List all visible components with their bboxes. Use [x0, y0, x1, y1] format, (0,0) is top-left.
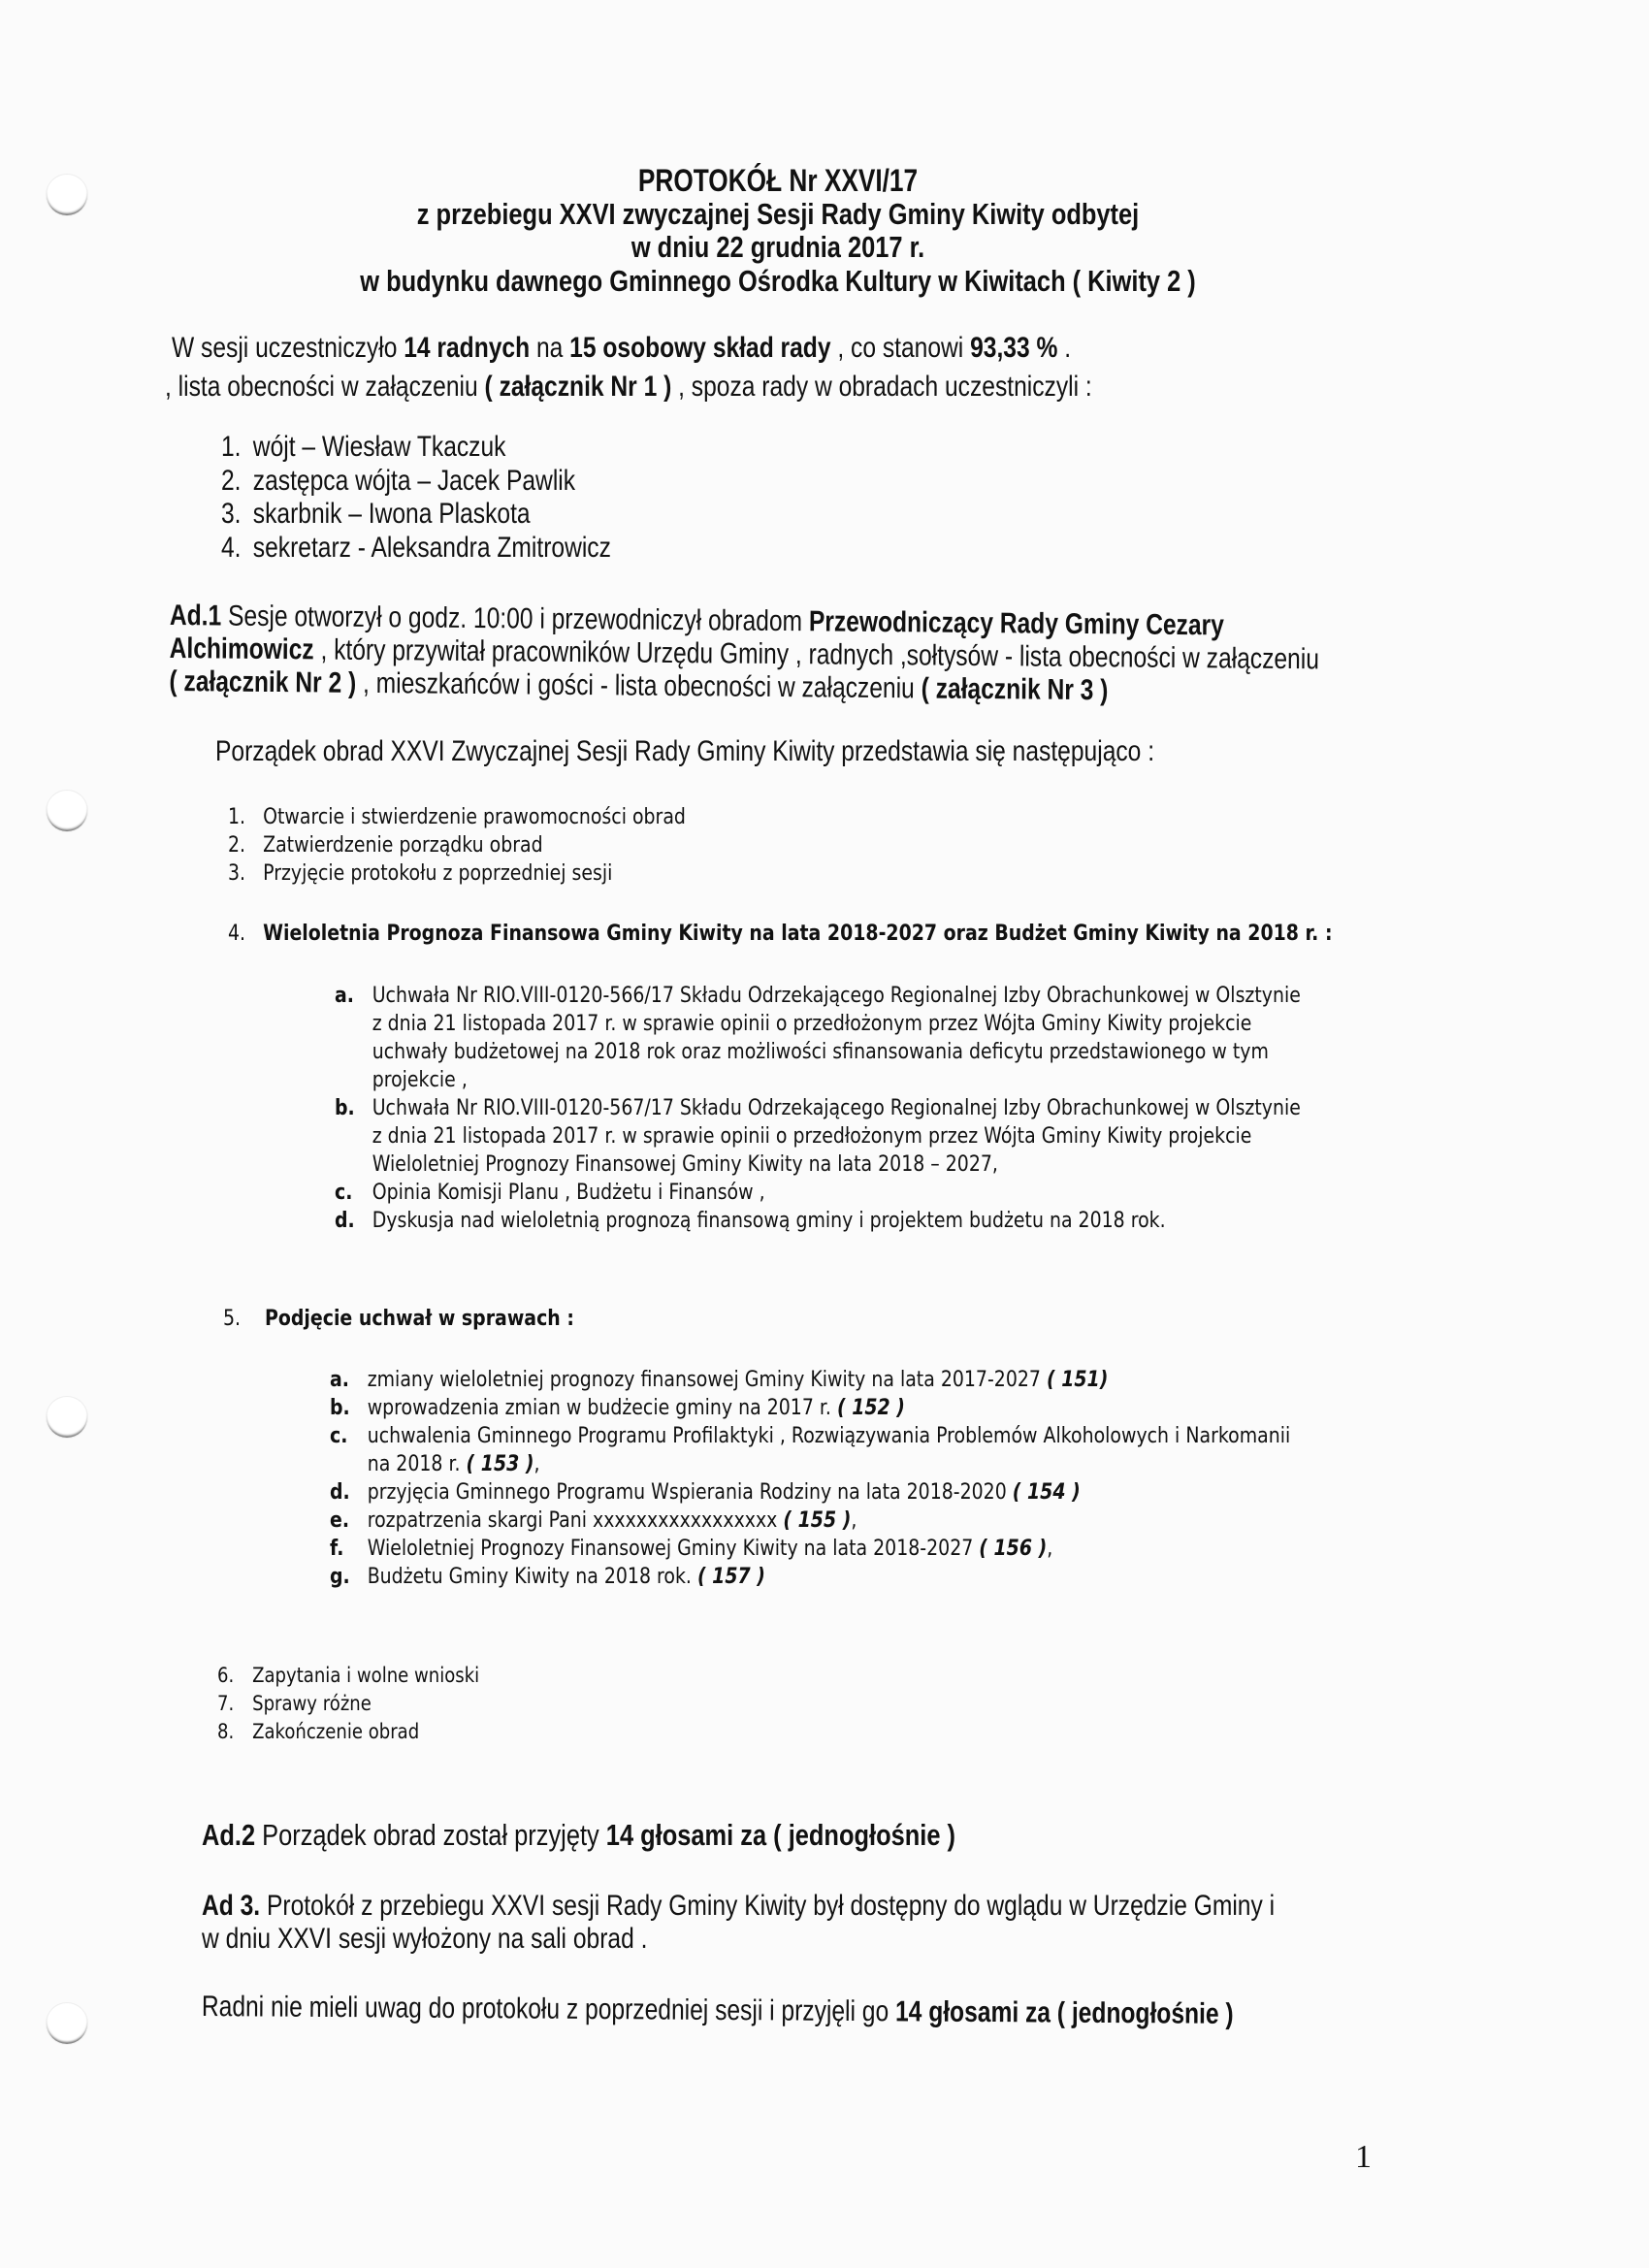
- document-title: PROTOKÓŁ Nr XXVI/17: [102, 163, 1454, 198]
- guest-item: 1.wójt – Wiesław Tkaczuk: [221, 431, 611, 465]
- text: Sesje otworzył o godz. 10:00 i przewodni…: [221, 600, 809, 638]
- agenda-item: 2.Zatwierdzenie porządku obrad: [228, 831, 686, 859]
- section-label: Ad 3.: [202, 1890, 260, 1922]
- resolution-item: b.wprowadzenia zmian w budżecie gminy na…: [330, 1394, 1290, 1422]
- guest-item: 4.sekretarz - Aleksandra Zmitrowicz: [221, 532, 611, 566]
- resolution-item: f.Wieloletniej Prognozy Finansowej Gminy…: [330, 1535, 1290, 1563]
- resolution-item: d.przyjęcia Gminnego Programu Wspierania…: [330, 1478, 1290, 1507]
- ad1-paragraph: Ad.1 Sesje otworzył o godz. 10:00 i prze…: [169, 599, 1319, 709]
- list-number: 7.: [217, 1690, 252, 1718]
- list-number: 3.: [228, 859, 263, 888]
- list-number: 8.: [217, 1718, 252, 1746]
- attachment-ref-1: ( załącznik Nr 1 ): [485, 371, 672, 403]
- subitem-text: Dyskusja nad wieloletnią prognozą finans…: [372, 1209, 1166, 1233]
- agenda-item-text: Otwarcie i stwierdzenie prawomocności ob…: [263, 805, 686, 829]
- attachment-ref-3: ( załącznik Nr 3 ): [921, 672, 1109, 706]
- text: ,: [851, 1508, 857, 1533]
- attendance-percent: 93,33 %: [970, 332, 1057, 364]
- agenda-item-text: Zapytania i wolne wnioski: [252, 1664, 479, 1687]
- council-size: 15 osobowy skład rady: [569, 332, 830, 364]
- resolution-number: ( 152 ): [837, 1396, 905, 1420]
- resolution-text: wprowadzenia zmian w budżecie gminy na 2…: [368, 1396, 837, 1420]
- list-number: 2.: [221, 465, 253, 499]
- list-letter: d.: [335, 1207, 372, 1235]
- resolution-number: ( 153 ): [467, 1452, 534, 1476]
- attendance-list-note: , lista obecności w załączeniu ( załączn…: [165, 371, 1092, 404]
- guest-name: skarbnik – Iwona Plaskota: [253, 498, 531, 530]
- agenda-intro: Porządek obrad XXVI Zwyczajnej Sesji Rad…: [215, 735, 1154, 768]
- agenda-item-4-subitems: a.Uchwała Nr RIO.VIII-0120-566/17 Składu…: [335, 982, 1301, 1235]
- list-number: 5.: [223, 1307, 265, 1331]
- title-line-date: w dniu 22 grudnia 2017 r.: [102, 231, 1454, 264]
- agenda-item: 7.Sprawy różne: [217, 1690, 479, 1718]
- subitem-text: Uchwała Nr RIO.VIII-0120-567/17 Składu O…: [372, 1096, 1301, 1120]
- chairman-surname: Alchimowicz: [170, 632, 314, 665]
- agenda-list-6-8: 6.Zapytania i wolne wnioski 7.Sprawy róż…: [217, 1662, 479, 1746]
- section-label: Ad.2: [202, 1818, 255, 1852]
- attachment-ref-2: ( załącznik Nr 2 ): [169, 665, 356, 699]
- agenda-item: 3.Przyjęcie protokołu z poprzedniej sesj…: [228, 859, 686, 888]
- subitem: b.Uchwała Nr RIO.VIII-0120-567/17 Składu…: [335, 1094, 1301, 1122]
- text: , spoza rady w obradach uczestniczyli :: [671, 371, 1091, 403]
- subitem-text: z dnia 21 listopada 2017 r. w sprawie op…: [335, 1122, 1301, 1150]
- subitem: c.Opinia Komisji Planu , Budżetu i Finan…: [335, 1179, 1301, 1207]
- agenda-item-4: 4.Wieloletnia Prognoza Finansowa Gminy K…: [228, 922, 1333, 946]
- subitem: d.Dyskusja nad wieloletnią prognozą fina…: [335, 1207, 1301, 1235]
- punch-hole-icon: [47, 791, 87, 831]
- list-letter: e.: [330, 1507, 368, 1535]
- list-number: 3.: [221, 498, 253, 532]
- subitem: a.Uchwała Nr RIO.VIII-0120-566/17 Składu…: [335, 982, 1301, 1010]
- vote-count: 14 głosami za: [606, 1818, 766, 1852]
- agenda-item-text: Zakończenie obrad: [252, 1720, 419, 1743]
- list-letter: c.: [335, 1179, 372, 1207]
- punch-hole-icon: [47, 2003, 87, 2044]
- text: , mieszkańców i gości - lista obecności …: [356, 667, 921, 705]
- subitem-text: Wieloletniej Prognozy Finansowej Gminy K…: [335, 1150, 1301, 1179]
- agenda-item: 8.Zakończenie obrad: [217, 1718, 479, 1746]
- resolution-number: ( 151): [1047, 1368, 1108, 1392]
- resolution-text: na 2018 r.: [368, 1452, 467, 1476]
- vote-result: ( jednogłośnie ): [766, 1818, 955, 1852]
- text: .: [1057, 332, 1071, 364]
- agenda-item-5-subitems: a.zmiany wieloletniej prognozy finansowe…: [330, 1366, 1290, 1591]
- list-letter: f.: [330, 1535, 368, 1563]
- chairman-name: Przewodniczący Rady Gminy Cezary: [809, 605, 1224, 641]
- subitem-text: uchwały budżetowej na 2018 rok oraz możl…: [335, 1038, 1301, 1066]
- agenda-item: 6.Zapytania i wolne wnioski: [217, 1662, 479, 1690]
- list-number: 4.: [221, 532, 253, 566]
- ad3-paragraph: Ad 3. Protokół z przebiegu XXVI sesji Ra…: [202, 1890, 1275, 1956]
- resolution-item: g.Budżetu Gminy Kiwity na 2018 rok. ( 15…: [330, 1563, 1290, 1591]
- agenda-item-text: Zatwierdzenie porządku obrad: [263, 833, 543, 858]
- resolution-text: przyjęcia Gminnego Programu Wspierania R…: [368, 1480, 1013, 1505]
- resolution-number: ( 155 ): [783, 1508, 851, 1533]
- ad2-paragraph: Ad.2 Porządek obrad został przyjęty 14 g…: [202, 1818, 955, 1853]
- list-letter: g.: [330, 1563, 368, 1591]
- page-number: 1: [1355, 2139, 1372, 2176]
- text: ,: [1047, 1537, 1052, 1561]
- subitem-text: projekcie ,: [335, 1066, 1301, 1094]
- guest-list: 1.wójt – Wiesław Tkaczuk 2.zastępca wójt…: [221, 431, 611, 565]
- resolution-text: Budżetu Gminy Kiwity na 2018 rok.: [368, 1565, 697, 1589]
- title-line-place: w budynku dawnego Gminnego Ośrodka Kultu…: [102, 264, 1454, 299]
- list-letter: b.: [335, 1094, 372, 1122]
- list-number: 2.: [228, 831, 263, 859]
- list-letter: b.: [330, 1394, 368, 1422]
- councillors-present: 14 radnych: [404, 332, 530, 364]
- ad3-approval: Radni nie mieli uwag do protokołu z popr…: [202, 1991, 1234, 2031]
- agenda-item-text: Wieloletnia Prognoza Finansowa Gminy Kiw…: [263, 922, 1332, 946]
- guest-name: wójt – Wiesław Tkaczuk: [253, 431, 506, 463]
- agenda-item-text: Podjęcie uchwał w sprawach :: [265, 1307, 574, 1331]
- resolution-number: ( 156 ): [979, 1537, 1047, 1561]
- list-letter: d.: [330, 1478, 368, 1507]
- list-letter: c.: [330, 1422, 368, 1450]
- guest-item: 3.skarbnik – Iwona Plaskota: [221, 498, 611, 532]
- resolution-item: c.uchwalenia Gminnego Programu Profilakt…: [330, 1422, 1290, 1450]
- resolution-text: Wieloletniej Prognozy Finansowej Gminy K…: [368, 1537, 980, 1561]
- text: ,: [534, 1452, 540, 1476]
- resolution-item: a.zmiany wieloletniej prognozy finansowe…: [330, 1366, 1290, 1394]
- resolution-text: zmiany wieloletniej prognozy finansowej …: [368, 1368, 1047, 1392]
- text: Protokół z przebiegu XXVI sesji Rady Gmi…: [260, 1890, 1275, 1922]
- list-number: 6.: [217, 1662, 252, 1690]
- guest-name: sekretarz - Aleksandra Zmitrowicz: [253, 532, 611, 564]
- agenda-item-text: Przyjęcie protokołu z poprzedniej sesji: [263, 861, 612, 886]
- resolution-text: uchwalenia Gminnego Programu Profilaktyk…: [368, 1424, 1291, 1448]
- list-number: 4.: [228, 922, 263, 946]
- list-letter: a.: [335, 982, 372, 1010]
- document-title-block: PROTOKÓŁ Nr XXVI/17 z przebiegu XXVI zwy…: [0, 163, 1602, 299]
- resolution-number: ( 154 ): [1013, 1480, 1081, 1505]
- text: na: [530, 332, 569, 364]
- vote-count: 14 głosami za: [895, 1995, 1051, 2028]
- text: W sesji uczestniczyło: [172, 332, 404, 364]
- section-label: Ad.1: [170, 599, 222, 632]
- subitem-text: z dnia 21 listopada 2017 r. w sprawie op…: [335, 1010, 1301, 1038]
- resolution-number: ( 157 ): [697, 1565, 765, 1589]
- agenda-item-5: 5.Podjęcie uchwał w sprawach :: [223, 1307, 574, 1331]
- punch-hole-icon: [47, 1397, 87, 1438]
- text: , lista obecności w załączeniu: [165, 371, 485, 403]
- agenda-item: 1.Otwarcie i stwierdzenie prawomocności …: [228, 803, 686, 831]
- vote-result: ( jednogłośnie ): [1051, 1997, 1234, 2030]
- text: , co stanowi: [831, 332, 971, 364]
- agenda-item-text: Sprawy różne: [252, 1692, 372, 1715]
- resolution-item: e.rozpatrzenia skargi Pani xxxxxxxxxxxxx…: [330, 1507, 1290, 1535]
- title-line-session: z przebiegu XXVI zwyczajnej Sesji Rady G…: [102, 198, 1454, 231]
- scanned-page: PROTOKÓŁ Nr XXVI/17 z przebiegu XXVI zwy…: [0, 0, 1649, 2268]
- list-letter: a.: [330, 1366, 368, 1394]
- guest-item: 2.zastępca wójta – Jacek Pawlik: [221, 465, 611, 499]
- guest-name: zastępca wójta – Jacek Pawlik: [253, 465, 575, 497]
- subitem-text: Uchwała Nr RIO.VIII-0120-566/17 Składu O…: [372, 984, 1301, 1008]
- attendance-paragraph: W sesji uczestniczyło 14 radnych na 15 o…: [172, 332, 1071, 365]
- subitem-text: Opinia Komisji Planu , Budżetu i Finansó…: [372, 1181, 765, 1205]
- agenda-list-1-3: 1.Otwarcie i stwierdzenie prawomocności …: [228, 803, 686, 888]
- text: w dniu XXVI sesji wyłożony na sali obrad…: [202, 1923, 1275, 1956]
- text: Radni nie mieli uwag do protokołu z popr…: [202, 1991, 895, 2027]
- list-number: 1.: [228, 803, 263, 831]
- resolution-text: rozpatrzenia skargi Pani xxxxxxxxxxxxxxx…: [368, 1508, 784, 1533]
- resolution-item-continuation: na 2018 r. ( 153 ),: [330, 1450, 1290, 1478]
- list-number: 1.: [221, 431, 253, 465]
- text: Porządek obrad został przyjęty: [255, 1818, 606, 1852]
